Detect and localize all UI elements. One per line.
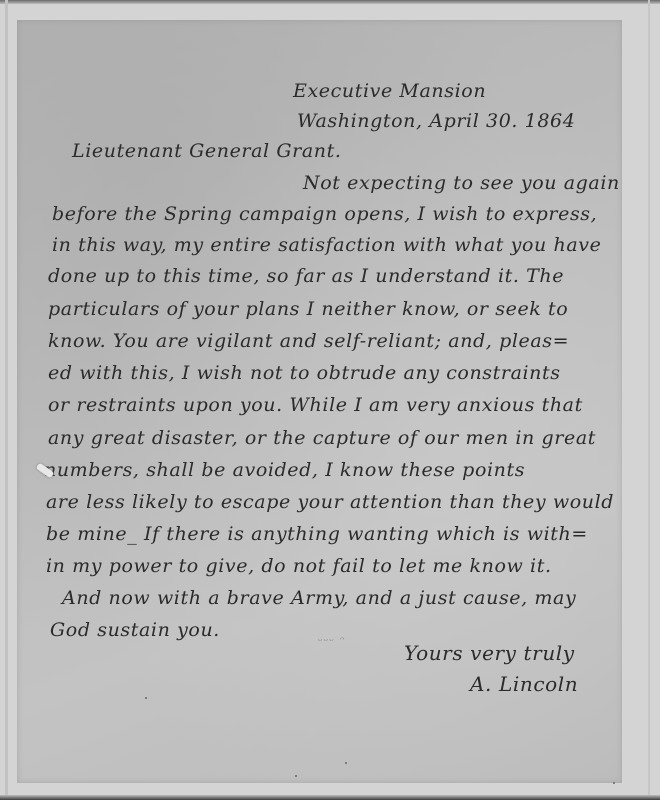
letter-body-line: before the Spring campaign opens, I wish…	[52, 203, 597, 225]
letter-body-line: in my power to give, do not fail to let …	[46, 555, 552, 577]
letter-body-line: numbers, shall be avoided, I know these …	[44, 459, 525, 481]
paper-speck	[345, 762, 347, 764]
letter-body-line: ed with this, I wish not to obtrude any …	[48, 362, 561, 384]
letter-body-line: are less likely to escape your attention…	[46, 491, 614, 513]
letter-body-line: in this way, my entire satisfaction with…	[52, 234, 601, 256]
frame-top-edge	[0, 0, 660, 4]
letter-body-line: done up to this time, so far as I unders…	[48, 265, 564, 287]
letter-body-line: particulars of your plans I neither know…	[48, 298, 568, 320]
letter-heading-place: Executive Mansion	[293, 80, 486, 102]
letter-body-line: God sustain you.	[50, 619, 220, 641]
letter-signature: A. Lincoln	[470, 672, 578, 696]
letter-body-line: be mine_ If there is anything wanting wh…	[46, 523, 588, 545]
frame-left-edge	[5, 0, 8, 800]
paper-speck	[295, 775, 297, 777]
ink-smudge-mark: ᵕᵕᵕ ᵔ	[318, 634, 345, 648]
letter-body-line: And now with a brave Army, and a just ca…	[62, 587, 576, 609]
letter-body-line: any great disaster, or the capture of ou…	[48, 427, 596, 449]
paper-speck	[145, 697, 147, 699]
paper-speck	[613, 782, 615, 784]
letter-salutation: Lieutenant General Grant.	[72, 140, 341, 162]
frame-bottom-edge	[0, 795, 660, 800]
frame-right-edge	[648, 0, 650, 800]
letter-body-line: know. You are vigilant and self-reliant;…	[48, 330, 569, 352]
letter-heading-city-date: Washington, April 30. 1864	[297, 110, 575, 132]
letter-closing: Yours very truly	[404, 641, 575, 665]
letter-body-line: Not expecting to see you again	[303, 172, 620, 194]
letter-body-line: or restraints upon you. While I am very …	[48, 394, 583, 416]
